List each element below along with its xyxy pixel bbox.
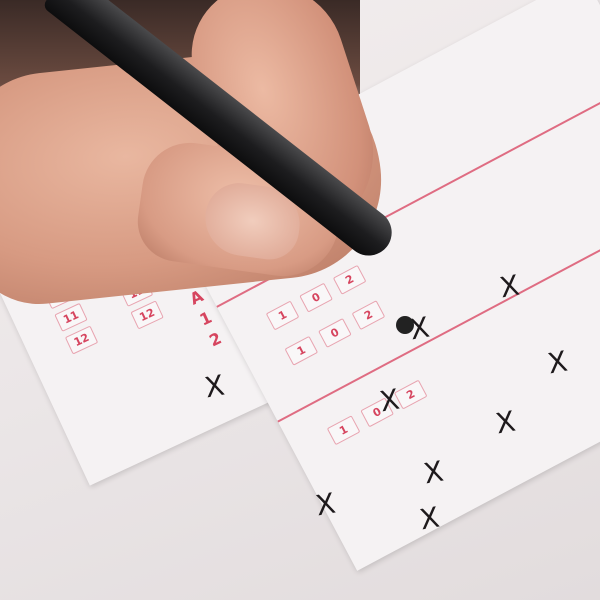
- number-cell: 1: [266, 301, 300, 331]
- number-cell: 11: [54, 303, 87, 332]
- pen-tip: [396, 316, 414, 334]
- photo-scene: 9 10 11 12 8 9 10 11 12 Б Л О К Н А 1 2 …: [0, 0, 600, 600]
- number-cell: 1: [327, 415, 361, 445]
- number-cell: 12: [130, 300, 163, 329]
- number-cell: 2: [352, 300, 386, 330]
- ticket-letter: 2: [206, 327, 226, 350]
- number-cell: 0: [299, 283, 333, 313]
- ticket-letter: 1: [197, 307, 217, 330]
- number-cell: 12: [65, 325, 98, 354]
- number-cell: 0: [318, 318, 352, 348]
- number-cell: 2: [333, 265, 367, 295]
- number-cell: 1: [285, 336, 319, 366]
- ticket-letter: А: [187, 286, 207, 309]
